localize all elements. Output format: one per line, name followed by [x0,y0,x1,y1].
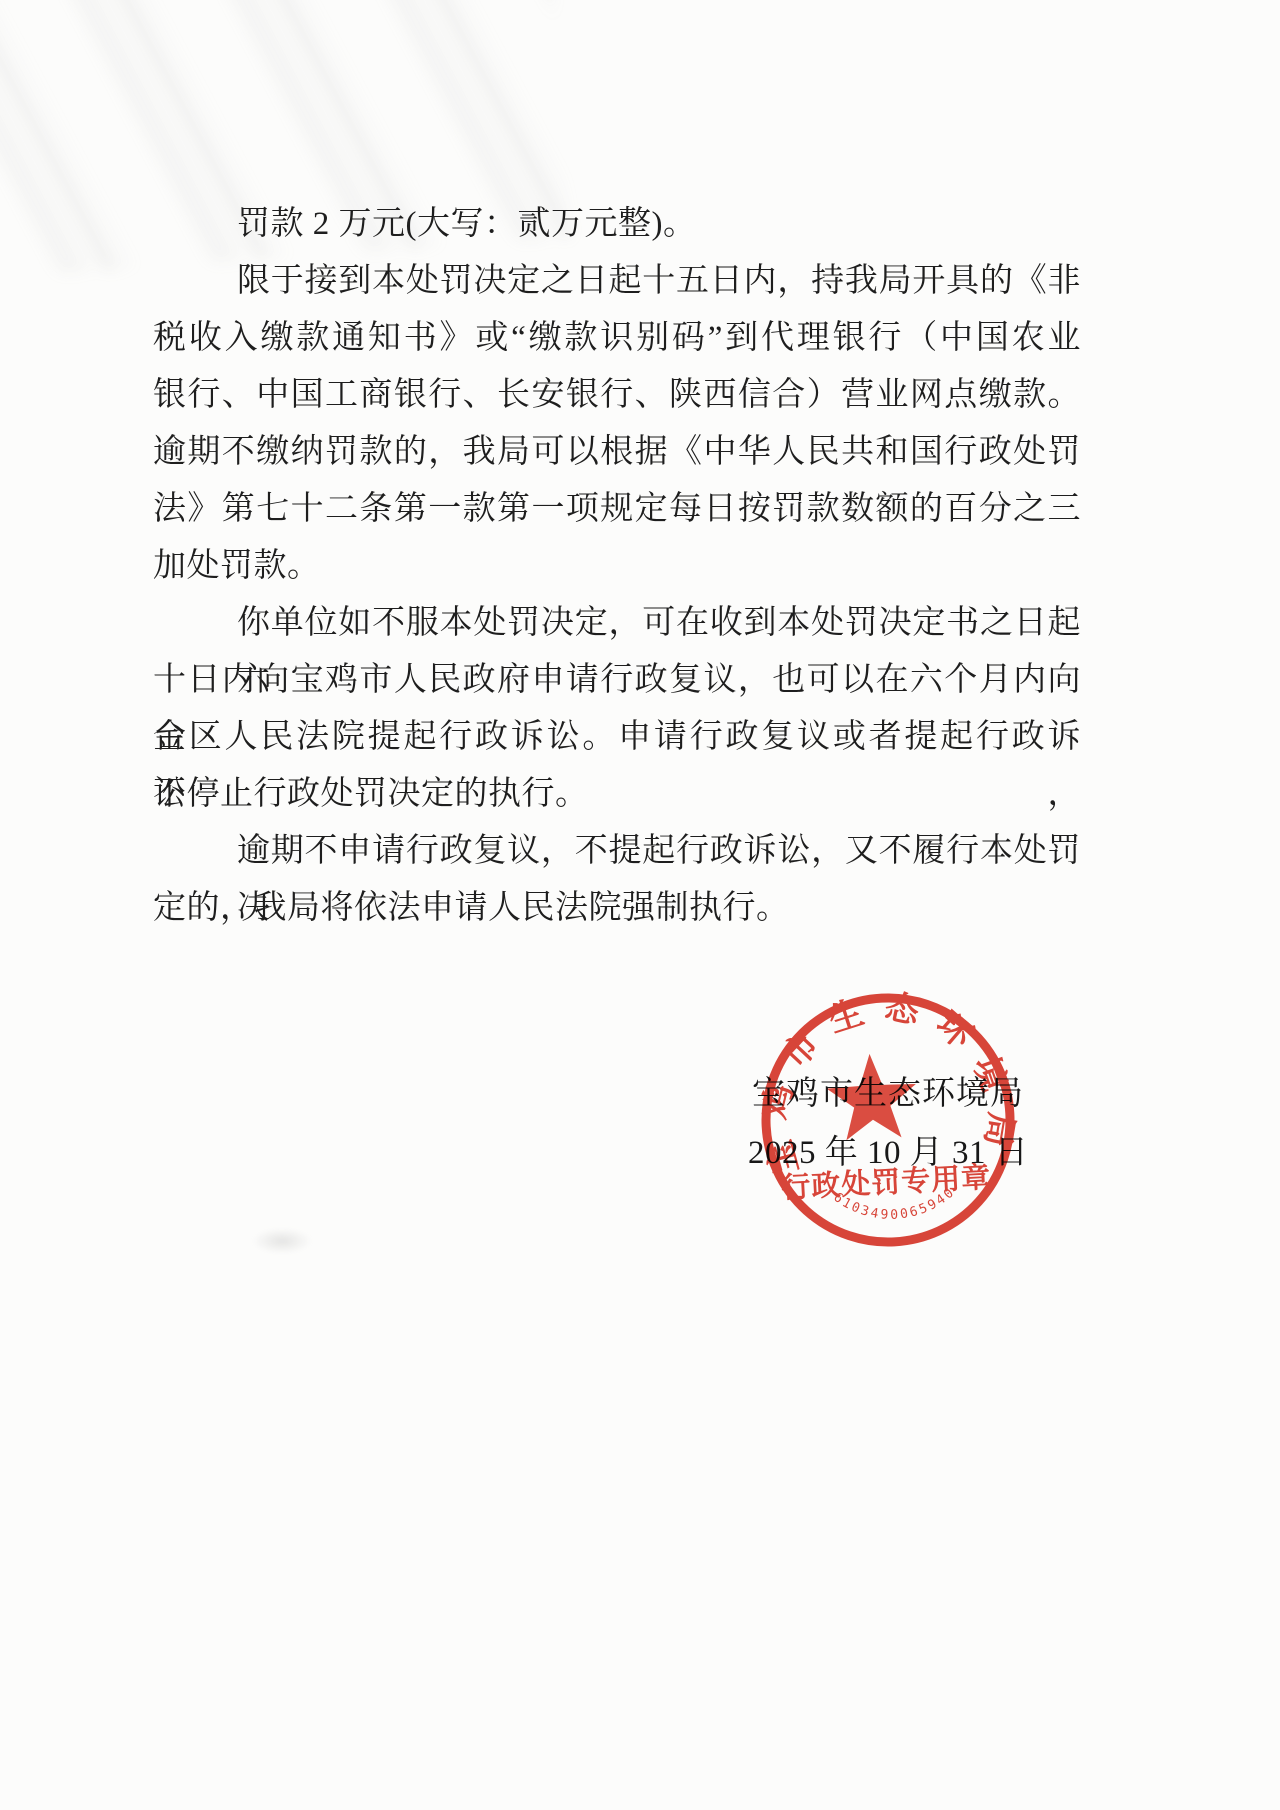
paragraph-line: 逾期不缴纳罚款的，我局可以根据《中华人民共和国行政处罚 [153,424,1081,481]
document-page: 罚款 2 万元(大写：贰万元整)。 限于接到本处罚决定之日起十五日内，持我局开具… [0,0,1280,1810]
stamp-star-icon [825,1052,919,1142]
stamp-banner-text: 行政处罚专用章 [780,1160,992,1205]
scan-smudge [252,1228,312,1254]
paragraph-line: 加处罚款。 [153,538,1081,595]
stamp-ring-text: 宝鸡市生态环境局 [749,981,1023,1180]
paragraph-line: 税收入缴款通知书》或“缴款识别码”到代理银行（中国农业 [153,310,1081,367]
paragraph-line: 银行、中国工商银行、长安银行、陕西信合）营业网点缴款。 [153,367,1081,424]
document-body: 罚款 2 万元(大写：贰万元整)。 限于接到本处罚决定之日起十五日内，持我局开具… [153,196,1081,937]
paragraph-line: 你单位如不服本处罚决定，可在收到本处罚决定书之日起六 [153,595,1081,652]
paragraph-line: 罚款 2 万元(大写：贰万元整)。 [153,196,1081,253]
paragraph-line: 法》第七十二条第一款第一项规定每日按罚款数额的百分之三 [153,481,1081,538]
paragraph-line: 台区人民法院提起行政诉讼。申请行政复议或者提起行政诉讼， [153,709,1081,766]
paragraph-line: 定的，我局将依法申请人民法院强制执行。 [153,880,1081,937]
paragraph-line: 逾期不申请行政复议，不提起行政诉讼，又不履行本处罚决 [153,823,1081,880]
paragraph-line: 限于接到本处罚决定之日起十五日内，持我局开具的《非 [153,253,1081,310]
official-stamp: 宝鸡市生态环境局 行政处罚专用章 6103490065940 [740,975,1036,1265]
paragraph-line: 十日内向宝鸡市人民政府申请行政复议，也可以在六个月内向金 [153,652,1081,709]
